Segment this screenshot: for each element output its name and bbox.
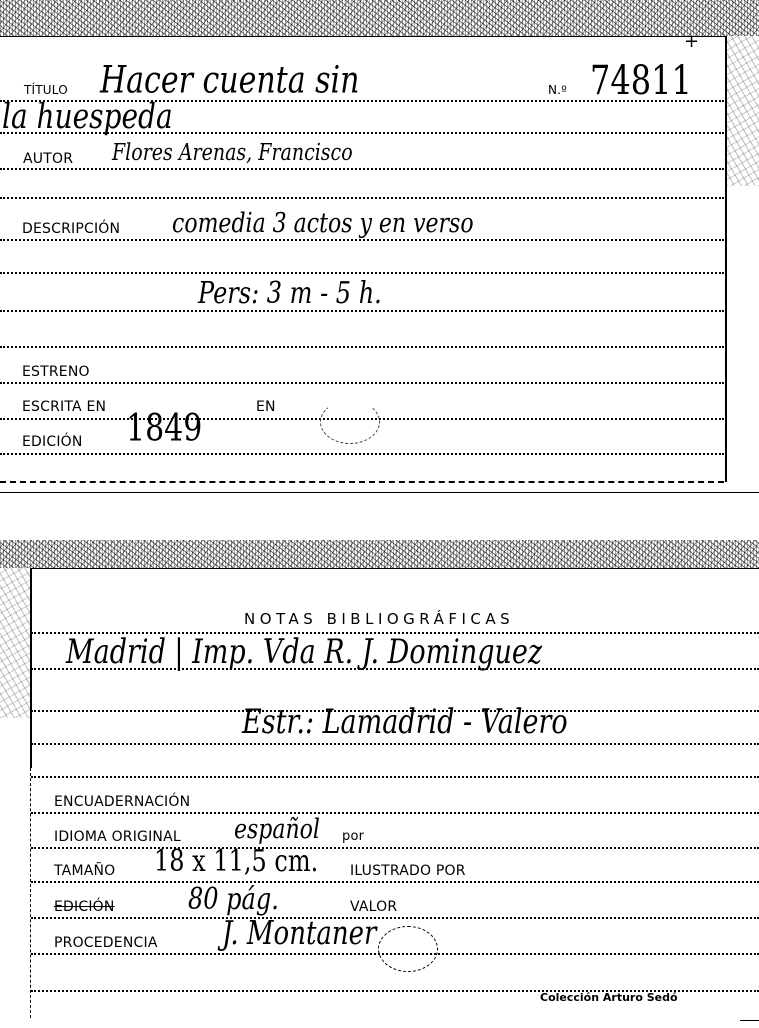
rule-tamano bbox=[31, 881, 759, 883]
por-label: por bbox=[342, 830, 364, 843]
notas-heading: NOTAS BIBLIOGRÁFICAS bbox=[244, 612, 514, 627]
edicion-label: EDICIÓN bbox=[22, 435, 83, 449]
rule-blank-2 bbox=[0, 272, 724, 274]
rule-blank-3 bbox=[0, 346, 724, 348]
ilustrado-por-label: ILUSTRADO POR bbox=[350, 864, 466, 878]
tamano-value: 18 x 11,5 cm. bbox=[154, 846, 318, 876]
scan-noise-middle bbox=[0, 540, 759, 568]
descripcion-value: comedia 3 actos y en verso bbox=[172, 211, 474, 239]
numero-label: N.º bbox=[548, 84, 567, 96]
rule-encuadernacion bbox=[31, 812, 759, 814]
valor-label: VALOR bbox=[350, 900, 397, 914]
edicion-value-2: 80 pág. bbox=[188, 884, 279, 914]
procedencia-value: J. Montaner bbox=[222, 918, 376, 951]
rule-idioma bbox=[31, 847, 759, 849]
encuadernacion-label: ENCUADERNACIÓN bbox=[54, 795, 190, 809]
rule-notas-3 bbox=[31, 743, 759, 745]
numero-value: 74811 bbox=[590, 60, 692, 100]
edicion-value: 1849 bbox=[126, 411, 202, 449]
titulo-label: TÍTULO bbox=[24, 84, 68, 96]
rule-notas-4 bbox=[31, 776, 759, 778]
en-label: EN bbox=[256, 400, 276, 414]
note-line-2: Estr.: Lamadrid - Valero bbox=[242, 705, 568, 739]
descripcion-value-2: Pers: 3 m - 5 h. bbox=[198, 278, 382, 308]
rule-blank-1 bbox=[0, 197, 724, 199]
card-right-border bbox=[725, 36, 727, 482]
idioma-original-value: español bbox=[234, 817, 320, 845]
note-line-1: Madrid | Imp. Vda R. J. Dominguez bbox=[66, 635, 542, 669]
rule-edicion bbox=[0, 453, 724, 455]
rule-bottom bbox=[0, 481, 724, 483]
tamano-label: TAMAÑO bbox=[54, 864, 115, 878]
rule-descripcion bbox=[0, 239, 724, 241]
rule-autor bbox=[0, 168, 724, 170]
card-bottom-top-border bbox=[30, 568, 759, 569]
idioma-original-label: IDIOMA ORIGINAL bbox=[54, 830, 181, 844]
corner-mark: + bbox=[684, 33, 699, 51]
faint-stamp-top bbox=[320, 400, 380, 444]
scan-noise-top bbox=[0, 0, 759, 36]
procedencia-label: PROCEDENCIA bbox=[54, 936, 158, 950]
autor-label: AUTOR bbox=[23, 152, 73, 166]
rule-estreno bbox=[0, 382, 724, 384]
autor-value: Flores Arenas, Francisco bbox=[112, 141, 353, 165]
escrita-en-label: ESCRITA EN bbox=[22, 400, 106, 414]
footer-tick bbox=[740, 1020, 759, 1021]
faint-stamp-bottom bbox=[378, 926, 438, 972]
collection-credit: Colección Arturo Sedó bbox=[540, 992, 678, 1003]
titulo-value-2: la huespeda bbox=[2, 99, 173, 134]
scan-noise-right bbox=[727, 36, 759, 186]
card-separator bbox=[0, 492, 759, 493]
edicion-label-2: EDICIÓN bbox=[54, 900, 115, 914]
card-top-border bbox=[0, 36, 726, 37]
scan-noise-left bbox=[0, 568, 30, 718]
estreno-label: ESTRENO bbox=[22, 365, 90, 379]
descripcion-label: DESCRIPCIÓN bbox=[22, 222, 120, 236]
rule-edicion-2 bbox=[31, 917, 759, 919]
card-left-border-faint bbox=[30, 768, 31, 1018]
